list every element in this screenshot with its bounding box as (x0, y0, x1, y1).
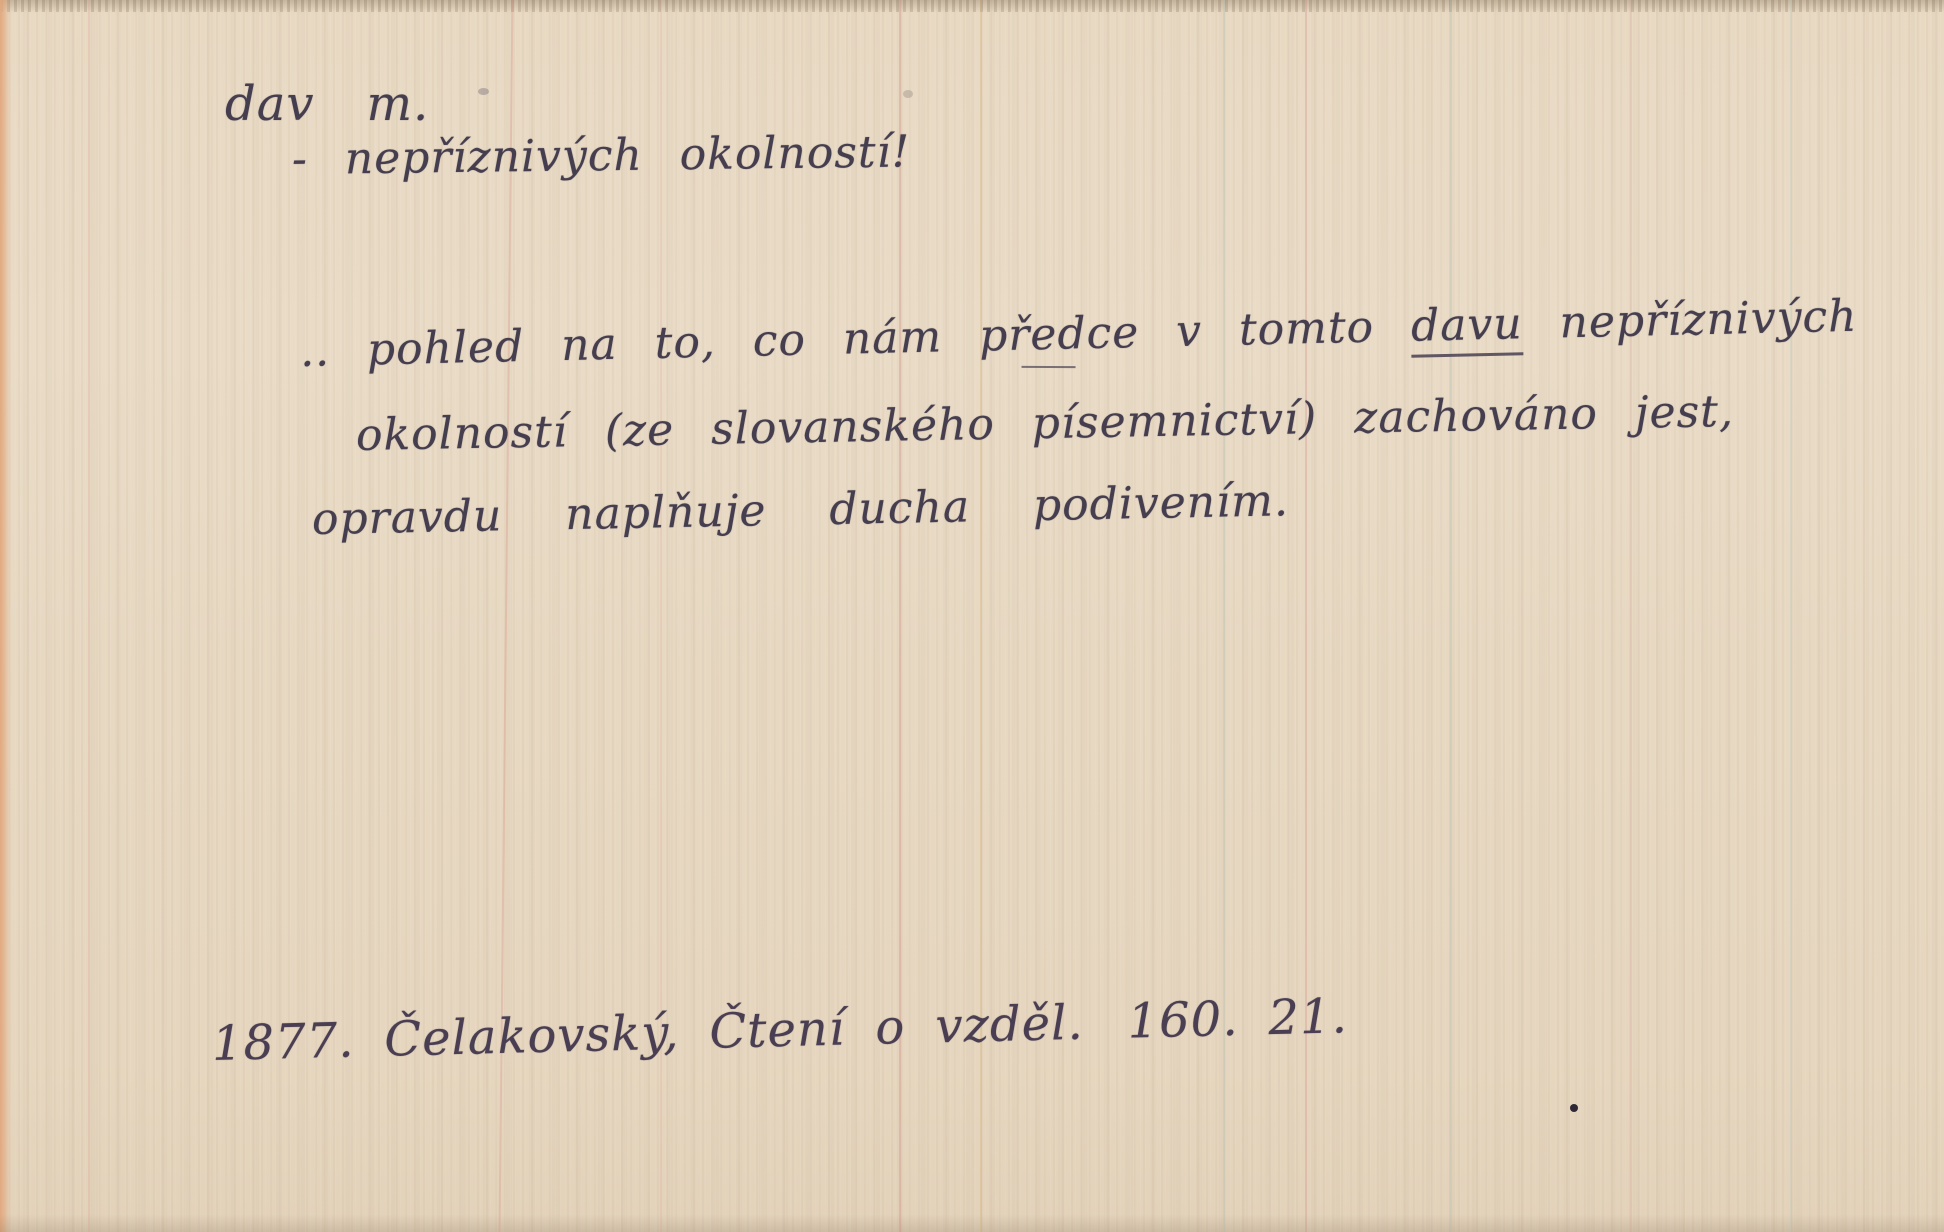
quote-line-1-middle: v tomto (1139, 301, 1412, 358)
rule-line-teal (1790, 0, 1792, 1232)
smudge-mark (478, 88, 489, 95)
smudge-mark (903, 90, 913, 98)
quote-line-1: .. pohled na to, co nám předce v tomto d… (299, 291, 1858, 377)
quote-word-davu-underlined: davu (1410, 298, 1523, 358)
scanned-card: davm. - nepříznivých okolností! .. pohle… (0, 0, 1944, 1232)
paper-left-edge (0, 0, 11, 1232)
citation-line-number: 21. (1268, 988, 1349, 1046)
quote-word-predce: předce (979, 307, 1140, 362)
rule-line-teal (1450, 0, 1452, 1232)
headword-line: davm. (225, 76, 429, 132)
citation-page-number: 160. (1127, 991, 1239, 1050)
collocation-line: - nepříznivých okolností! (292, 126, 911, 185)
quote-line-2: okolností (ze slovanského písemnictví) z… (356, 386, 1735, 461)
quote-line-1-end: nepříznivých (1522, 291, 1858, 350)
citation-line: 1877.Čelakovský, Čtení o vzděl.160.21. (211, 988, 1348, 1072)
ink-speck (1570, 1104, 1578, 1112)
citation-source: Čelakovský, Čtení o vzděl. (384, 995, 1085, 1068)
headword: dav (225, 76, 314, 132)
rule-line-pink (1305, 0, 1307, 1232)
quote-line-1-start: .. pohled na to, co nám (299, 311, 979, 377)
paper-bottom-shadow (0, 1214, 1944, 1232)
gender-marker: m. (366, 76, 429, 132)
citation-year: 1877. (211, 1013, 355, 1072)
scan-top-edge (0, 0, 1944, 12)
quote-line-3: opravdu naplňuje ducha podivením. (312, 475, 1290, 545)
rule-line-pink (88, 0, 90, 1232)
rule-line-pink (1630, 0, 1632, 1232)
